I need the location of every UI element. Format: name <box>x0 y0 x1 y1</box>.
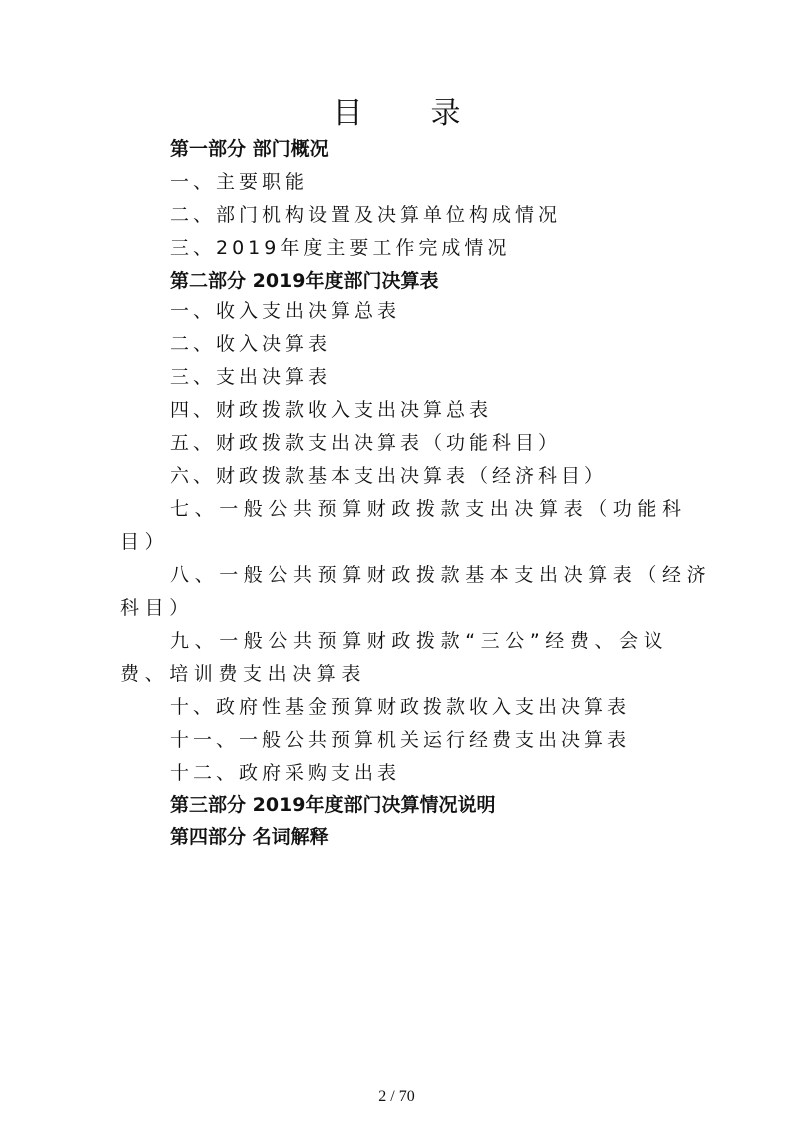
toc-item[interactable]: 十二、政府采购支出表 <box>170 758 400 785</box>
toc-item-continuation[interactable]: 费、培训费支出决算表 <box>120 659 366 686</box>
toc-part-1[interactable]: 第一部分 部门概况 <box>170 134 329 161</box>
toc-item[interactable]: 七、一般公共预算财政拨款支出决算表（功能科 <box>170 494 687 521</box>
toc-item-continuation[interactable]: 目） <box>120 527 169 554</box>
page-indicator: 2 / 70 <box>0 1088 793 1106</box>
toc-item[interactable]: 三、2019年度主要工作完成情况 <box>170 233 510 260</box>
toc-part-3[interactable]: 第三部分 2019年度部门决算情况说明 <box>170 790 496 817</box>
toc-item[interactable]: 十一、一般公共预算机关运行经费支出决算表 <box>170 725 630 752</box>
toc-item[interactable]: 一、主要职能 <box>170 167 308 194</box>
page-title: 目录 <box>0 88 793 132</box>
toc-item[interactable]: 一、收入支出决算总表 <box>170 296 400 323</box>
toc-item[interactable]: 九、一般公共预算财政拨款“三公”经费、会议 <box>170 626 668 653</box>
title-char-2: 录 <box>431 88 461 132</box>
toc-part-2[interactable]: 第二部分 2019年度部门决算表 <box>170 266 439 293</box>
toc-item[interactable]: 八、一般公共预算财政拨款基本支出决算表（经济 <box>170 560 711 587</box>
toc-item-continuation[interactable]: 科目） <box>120 593 194 620</box>
toc-item[interactable]: 三、支出决算表 <box>170 362 331 389</box>
toc-item[interactable]: 六、财政拨款基本支出决算表（经济科目） <box>170 461 607 488</box>
toc-item[interactable]: 二、部门机构设置及决算单位构成情况 <box>170 200 561 227</box>
toc-part-4[interactable]: 第四部分 名词解释 <box>170 822 329 849</box>
toc-item[interactable]: 十、政府性基金预算财政拨款收入支出决算表 <box>170 692 630 719</box>
title-char-1: 目 <box>333 88 363 132</box>
toc-item[interactable]: 四、财政拨款收入支出决算总表 <box>170 395 492 422</box>
toc-item[interactable]: 二、收入决算表 <box>170 329 331 356</box>
toc-item[interactable]: 五、财政拨款支出决算表（功能科目） <box>170 428 561 455</box>
